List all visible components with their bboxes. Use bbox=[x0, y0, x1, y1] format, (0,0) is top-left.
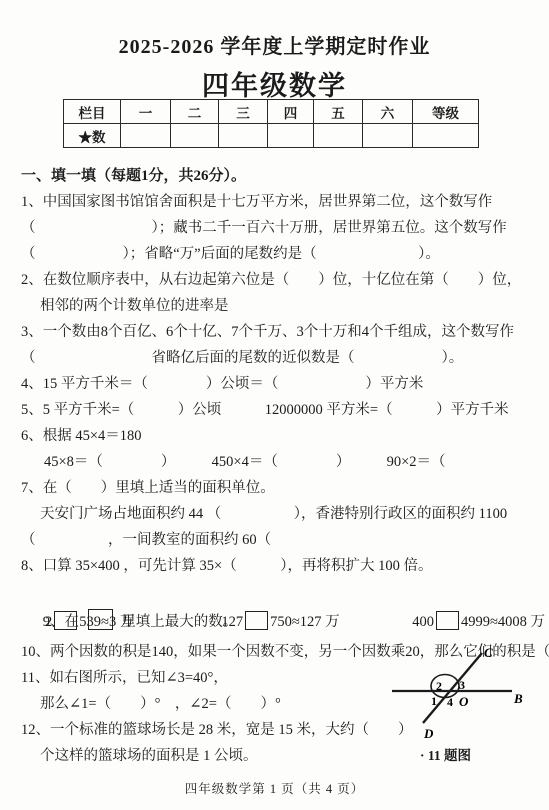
question-9-line-1: 9、在 里填上最大的数。 bbox=[0, 583, 549, 609]
question-9-item: 2539≈3 万 bbox=[45, 609, 221, 635]
score-empty-cell bbox=[219, 124, 268, 148]
score-empty-cell bbox=[171, 124, 219, 148]
question-4: 4、15 平方千米＝（ ）公顷＝（ ）平方米 bbox=[0, 371, 549, 397]
item-gap bbox=[340, 614, 413, 630]
item-suffix: 539≈3 万 bbox=[79, 614, 134, 630]
question-7-line-2: 天安门广场占地面积约 44 （ ），香港特别行政区的面积约 1100 bbox=[0, 501, 549, 527]
figure-caption: · 11 题图 bbox=[420, 744, 471, 764]
score-empty-cell bbox=[121, 124, 171, 148]
fill-box bbox=[436, 611, 459, 630]
question-9-line-2: 2539≈3 万 127750≈127 万 4004999≈4008 万 bbox=[0, 609, 549, 635]
question-6-line-1: 6、根据 45×4＝180 bbox=[0, 423, 549, 449]
item-prefix: 2 bbox=[45, 614, 52, 630]
fill-box bbox=[245, 611, 268, 630]
point-B-label: B bbox=[513, 691, 523, 706]
item-prefix: 127 bbox=[221, 614, 243, 630]
question-2-line-1: 2、在数位顺序表中，从右边起第六位是（ ）位，十亿位在第（ ）位， bbox=[0, 267, 549, 293]
fill-box bbox=[54, 611, 77, 630]
angle-2-label: 2 bbox=[436, 679, 442, 693]
score-header-cell: 等级 bbox=[413, 100, 479, 124]
angle-3-label: 3 bbox=[459, 678, 465, 692]
point-D-label: D bbox=[423, 726, 434, 741]
angle-1-label: 1 bbox=[431, 694, 437, 708]
question-9-item: 4004999≈4008 万 bbox=[412, 609, 545, 635]
score-table-value-row: ★数 bbox=[64, 124, 479, 148]
item-suffix: 4999≈4008 万 bbox=[461, 614, 545, 630]
question-7-line-3: （ ，一间教室的面积约 60（ bbox=[0, 527, 549, 553]
question-2-line-2: 相邻的两个计数单位的进率是 bbox=[0, 293, 549, 319]
score-header-cell: 三 bbox=[219, 100, 268, 124]
score-empty-cell bbox=[363, 124, 413, 148]
question-11-figure: 2 3 1 4 O B C D · 11 题图 bbox=[378, 645, 546, 775]
point-O-label: O bbox=[459, 694, 469, 709]
question-8: 8、口算 35×400 ，可先计算 35×（ ），再将积扩大 100 倍。 bbox=[0, 553, 549, 579]
score-header-cell: 二 bbox=[171, 100, 219, 124]
score-empty-cell bbox=[314, 124, 363, 148]
question-6-line-2: 45×8＝（ ） 450×4＝（ ） 90×2＝（ bbox=[0, 449, 549, 475]
score-empty-cell bbox=[268, 124, 314, 148]
question-1-line-1: 1、中国国家图书馆馆舍面积是十七万平方米，居世界第二位，这个数写作 bbox=[0, 189, 549, 215]
item-suffix: 750≈127 万 bbox=[270, 614, 340, 630]
question-7-line-1: 7、在（ ）里填上适当的面积单位。 bbox=[0, 475, 549, 501]
question-3-line-2: （ 省略亿后面的尾数的近似数是（ ）。 bbox=[0, 345, 549, 371]
question-3-line-1: 3、一个数由8个百亿、6个十亿、7个千万、3个十万和4个千组成，这个数写作 bbox=[0, 319, 549, 345]
paper-subtitle: 四年级数学 bbox=[0, 64, 549, 103]
score-header-cell: 栏目 bbox=[64, 100, 121, 124]
score-header-cell: 五 bbox=[314, 100, 363, 124]
question-5: 5、5 平方千米=（ ）公顷 12000000 平方米=（ ）平方千米 bbox=[0, 397, 549, 423]
paper-title: 2025-2026 学年度上学期定时作业 bbox=[0, 0, 549, 59]
angle-4-label: 4 bbox=[447, 695, 453, 709]
score-header-cell: 一 bbox=[121, 100, 171, 124]
point-C-label: C bbox=[484, 645, 493, 660]
score-header-cell: 六 bbox=[363, 100, 413, 124]
exam-paper-page: 2025-2026 学年度上学期定时作业 四年级数学 栏目 一 二 三 四 五 … bbox=[0, 0, 549, 810]
score-table: 栏目 一 二 三 四 五 六 等级 ★数 bbox=[63, 99, 479, 148]
score-empty-cell bbox=[413, 124, 479, 148]
score-table-header-row: 栏目 一 二 三 四 五 六 等级 bbox=[64, 100, 479, 124]
intersecting-lines-diagram: 2 3 1 4 O B C D bbox=[378, 645, 546, 745]
item-prefix: 400 bbox=[412, 614, 434, 630]
star-count-label: ★数 bbox=[64, 124, 121, 148]
item-gap bbox=[134, 614, 221, 630]
question-9-item: 127750≈127 万 bbox=[221, 609, 412, 635]
page-footer: 四年级数学第 1 页（共 4 页） bbox=[0, 779, 549, 797]
section-heading: 一、填一填（每题1分，共26分）。 bbox=[0, 163, 549, 189]
score-header-cell: 四 bbox=[268, 100, 314, 124]
question-1-line-3: （ ）；省略“万”后面的尾数约是（ ）。 bbox=[0, 241, 549, 267]
question-1-line-2: （ ）；藏书二千一百六十万册，居世界第五位。这个数写作 bbox=[0, 215, 549, 241]
